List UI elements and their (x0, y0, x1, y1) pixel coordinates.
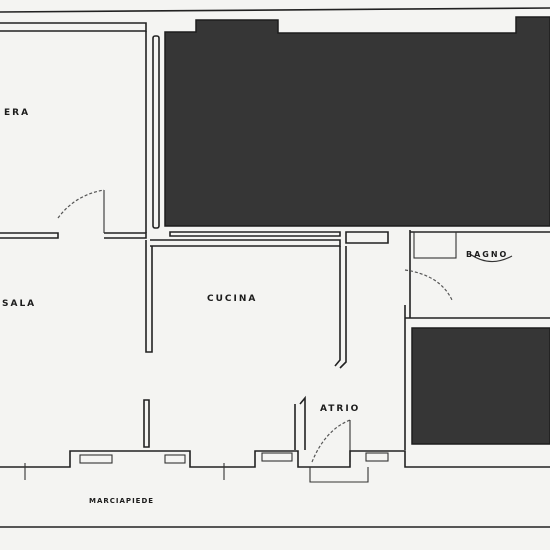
wall-sala-cucina-upper (146, 240, 152, 352)
room-label-sala: SALA (2, 299, 36, 309)
window-1 (80, 455, 112, 463)
wall-cucina-right (335, 246, 346, 368)
floor-plan-drawing (0, 0, 550, 550)
window-2 (165, 455, 185, 463)
room-label-bagno: BAGNO (466, 250, 508, 259)
door-bagno (405, 270, 452, 300)
room-label-camera: ERA (4, 108, 30, 118)
door-camera (58, 190, 104, 218)
wall-camera-sala-right (104, 233, 146, 238)
door-atrio (312, 420, 350, 462)
outer-top-line (0, 8, 550, 12)
wall-sala-cucina-lower (144, 400, 149, 447)
wall-top-left (0, 23, 146, 31)
wall-bagno (410, 230, 550, 318)
wall-camera-sala-left (0, 233, 58, 238)
wall-strip-2 (346, 232, 388, 243)
room-label-cucina: CUCINA (207, 294, 257, 304)
wall-strip-1 (170, 232, 340, 236)
window-4 (366, 453, 388, 461)
excluded-area-bottom (412, 328, 550, 444)
excluded-area-top (165, 17, 550, 226)
entrance-step (310, 467, 368, 482)
wall-column (153, 36, 159, 228)
window-3 (262, 453, 292, 461)
wall-cucina-top (150, 240, 340, 246)
street-label: MARCIAPIEDE (89, 497, 154, 505)
fixture-tub (414, 232, 456, 258)
room-label-atrio: ATRIO (320, 404, 360, 414)
wall-atrio-left (295, 398, 305, 450)
